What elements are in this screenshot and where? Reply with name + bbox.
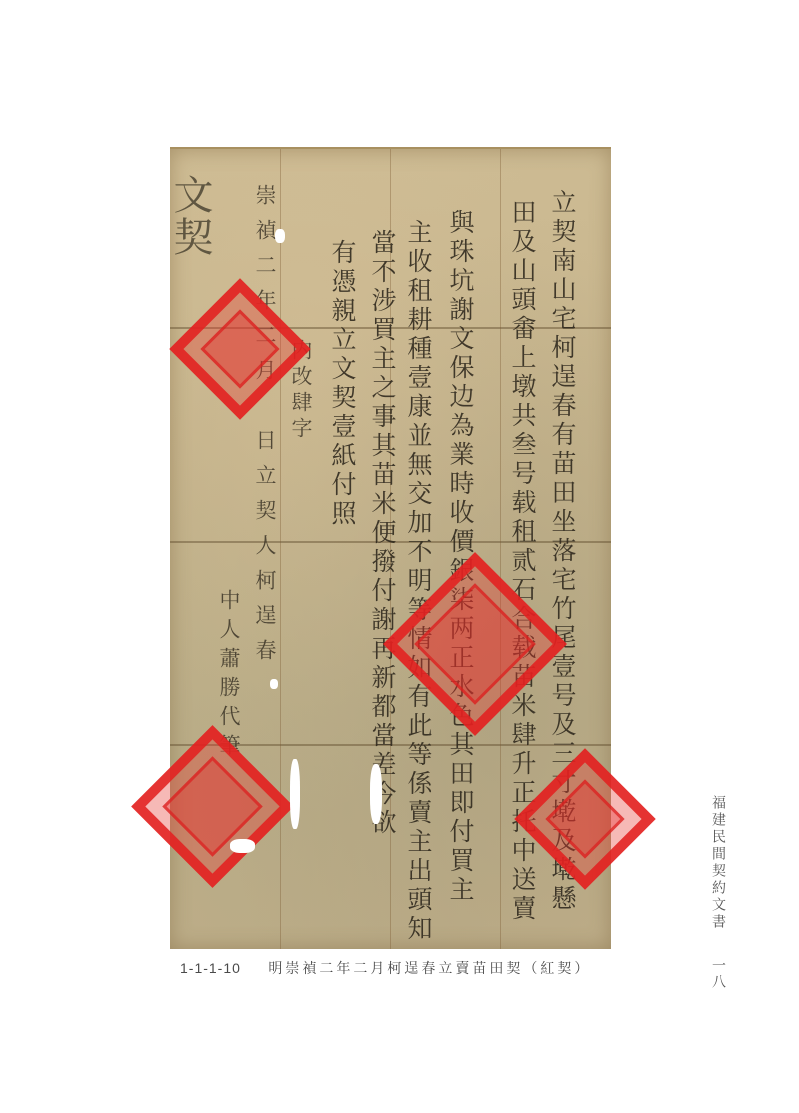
- paper-damage: [275, 229, 285, 243]
- figure-title: 明崇禎二年二月柯逞春立賣苗田契（紅契）: [268, 961, 591, 977]
- book-title: 福建民間契約文書: [708, 795, 728, 931]
- paper-damage: [370, 764, 382, 824]
- contract-document-image: 立契南山宅柯逞春有苗田坐落宅竹尾壹号及三寸墘及墘懸 田及山頭畬上墩共叁号载租贰石…: [170, 147, 611, 949]
- paper-damage: [290, 759, 300, 829]
- paper-damage: [270, 679, 278, 689]
- fold-line: [500, 149, 501, 949]
- figure-caption: 1-1-1-10 明崇禎二年二月柯逞春立賣苗田契（紅契）: [180, 958, 591, 978]
- document-text-column: 主收租耕種壹康並無交加不明等情如有此等係賣主出頭知: [406, 219, 431, 949]
- page-number: 一八: [708, 958, 728, 990]
- document-text-column: 有憑親立文契壹紙付照: [330, 239, 355, 599]
- figure-number: 1-1-1-10: [180, 960, 241, 976]
- paper-damage: [230, 839, 255, 853]
- document-text-column: 當不涉買主之事其苗米便撥付謝再新都當差今欲: [370, 229, 395, 949]
- document-endorsement: 文契: [170, 174, 210, 294]
- fold-line: [280, 149, 281, 949]
